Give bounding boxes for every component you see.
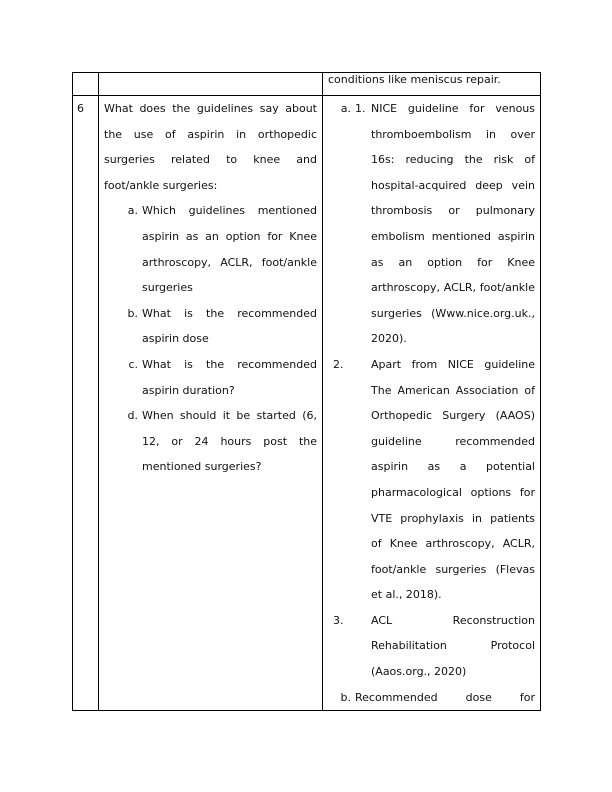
document-page: conditions like meniscus repair. 6 What … (0, 0, 612, 792)
answer-a-point-1: 1. NICE guideline for venous thromboembo… (355, 96, 535, 352)
table-row: conditions like meniscus repair. (73, 73, 541, 96)
question-intro: What does the guidelines say about the u… (104, 96, 317, 198)
table-row: 6 What does the guidelines say about the… (73, 96, 541, 711)
question-cell: What does the guidelines say about the u… (99, 96, 323, 711)
answer-item-a: a. 1. NICE guideline for venous thromboe… (333, 96, 535, 685)
answer-cell: conditions like meniscus repair. (323, 73, 541, 96)
question-item-b: b. What is the recommended aspirin dose (120, 301, 317, 352)
question-cell (99, 73, 323, 96)
answer-cell: a. 1. NICE guideline for venous thromboe… (323, 96, 541, 711)
question-item-c: c. What is the recommended aspirin durat… (120, 352, 317, 403)
guideline-table: conditions like meniscus repair. 6 What … (72, 72, 541, 711)
answer-a-point-2: 2. Apart from NICE guideline The America… (333, 352, 535, 608)
answer-item-b: b. Recommended dose for (333, 685, 535, 711)
question-item-d: d. When should it be started (6, 12, or … (120, 403, 317, 480)
answer-a-point-3: 3. ACL Reconstruction Rehabilitation Pro… (333, 608, 535, 685)
question-item-a: a. Which guidelines mentioned aspirin as… (120, 198, 317, 300)
row-number-cell: 6 (73, 96, 99, 711)
row-number-cell (73, 73, 99, 96)
